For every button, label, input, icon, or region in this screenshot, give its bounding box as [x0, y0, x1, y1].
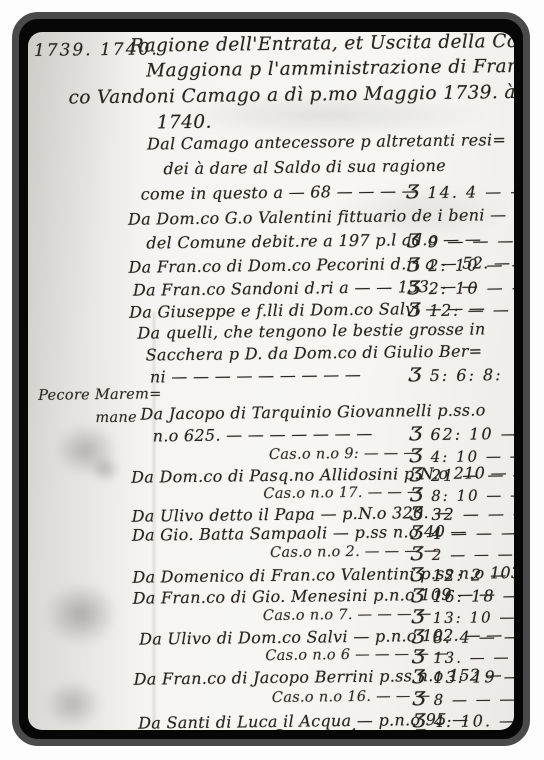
amount-value: Ʒ62: 10 — — [411, 422, 514, 446]
ledger-line: Da Dom.co di Pasq.no Allidosini p.N.o 21… [29, 463, 514, 469]
ledger-line: del Comune debit.re a 197 p.l ad.o — — Ʒ… [28, 229, 512, 235]
bracket-flourish: Ʒ [407, 254, 423, 276]
bracket-flourish: Ʒ [412, 646, 428, 668]
ledger-line: dei à dare al Saldo di sua ragione [28, 155, 511, 161]
ledger-line: Da Giuseppe e f.lli di Dom.co Salvi — — … [28, 298, 513, 304]
handwritten-ink-layer: 1739. 1740. Ragione dell'Entrata, et Usc… [28, 32, 514, 730]
bracket-flourish: Ʒ [410, 464, 426, 486]
amount-value: Ʒ12: 2 — — [412, 563, 514, 586]
amount-value: Ʒ2 — — — — [412, 542, 514, 566]
bracket-flourish: Ʒ [412, 666, 428, 688]
ledger-line: Da Fran.co di Dom.co Pecorini d.ri a — 5… [28, 253, 512, 259]
bracket-flourish: Ʒ [407, 277, 423, 299]
bracket-flourish: Ʒ [409, 423, 425, 445]
bracket-flourish: Ʒ [412, 626, 428, 648]
title-line-4: 1740. [28, 108, 511, 114]
bracket-flourish: Ʒ [406, 181, 422, 203]
ledger-line: come in questo a — 68 — — — — Ʒ14. 4 — — [28, 180, 512, 186]
manuscript-paper: 1739. 1740. Ragione dell'Entrata, et Usc… [28, 32, 514, 730]
ledger-line: Sacchera p D. da Dom.co di Giulio Ber= [28, 341, 514, 347]
amount-value: Ʒ8 — — — — [414, 687, 514, 711]
bracket-flourish: Ʒ [413, 726, 429, 730]
bracket-flourish: Ʒ [411, 564, 427, 586]
title-line-3: co Vandoni Camago a dì p.mo Maggio 1739.… [28, 82, 510, 88]
ledger-line: Da Fran.co Sandoni d.ri a — — 153. — — Ʒ… [28, 276, 513, 282]
ledger-line: Da Ulivo di Dom.co Salvi — p.n.o 102. — … [31, 625, 514, 631]
bracket-flourish: Ʒ [411, 606, 427, 628]
amount-value: Ʒ14. 4 — — [408, 180, 514, 203]
ledger-subline-cassa: Cas.o n.o 16. — — — Ʒ8 — — — — [32, 687, 514, 693]
bracket-flourish: Ʒ [409, 364, 425, 386]
bracket-flourish: Ʒ [410, 522, 426, 544]
scan-frame-border: 1739. 1740. Ragione dell'Entrata, et Usc… [12, 12, 530, 746]
amount-value: Ʒ16: 18 — — [413, 584, 514, 608]
ledger-line: Da Fran.co di Jacopo Berrini p.ss n.o 15… [32, 665, 514, 671]
bracket-flourish: Ʒ [411, 543, 427, 565]
amount-value: Ʒ4 — — — [412, 521, 514, 544]
amount-value: Ʒ5: 6: 8: [410, 363, 503, 386]
bracket-flourish: Ʒ [412, 688, 428, 710]
ledger-line: Da Ulivo detto il Papa — p.N.o 320. — Ʒ3… [30, 502, 514, 508]
amount-value: Ʒ13: 19 — — [413, 665, 514, 689]
ledger-subline-cassa: Cas.o n.o 9: — — — Ʒ4: 10 — — [29, 444, 514, 450]
ledger-line: Da Dom.co G.o Valentini fittuario de i b… [28, 205, 512, 211]
title-line-1: Ragione dell'Entrata, et Uscita della Co… [28, 32, 510, 37]
amount-value: Ʒ12: — — — [409, 298, 514, 322]
ledger-line: Da Santi di Luca il Acqua — p.n.o 95 — Ʒ… [32, 709, 514, 715]
bracket-flourish: Ʒ [408, 299, 424, 321]
amount-value: Ʒ9 — — — — [408, 229, 514, 253]
ledger-line: Da Domenico di Fran.co Valentini p.ss n.… [30, 563, 514, 569]
ledger-line: ni — — — — — — — — — Ʒ5: 6: 8: [28, 363, 514, 369]
amount-value: Ʒ2: 10 — — [408, 253, 514, 276]
ledger-line: Dal Camago antecessore p altretanti resi… [28, 130, 511, 136]
bracket-flourish: Ʒ [407, 230, 423, 252]
amount-value: Ʒ2: 10 — — [409, 276, 514, 299]
scanned-manuscript-page: 1739. 1740. Ragione dell'Entrata, et Usc… [0, 0, 544, 760]
bracket-flourish: Ʒ [411, 585, 427, 607]
